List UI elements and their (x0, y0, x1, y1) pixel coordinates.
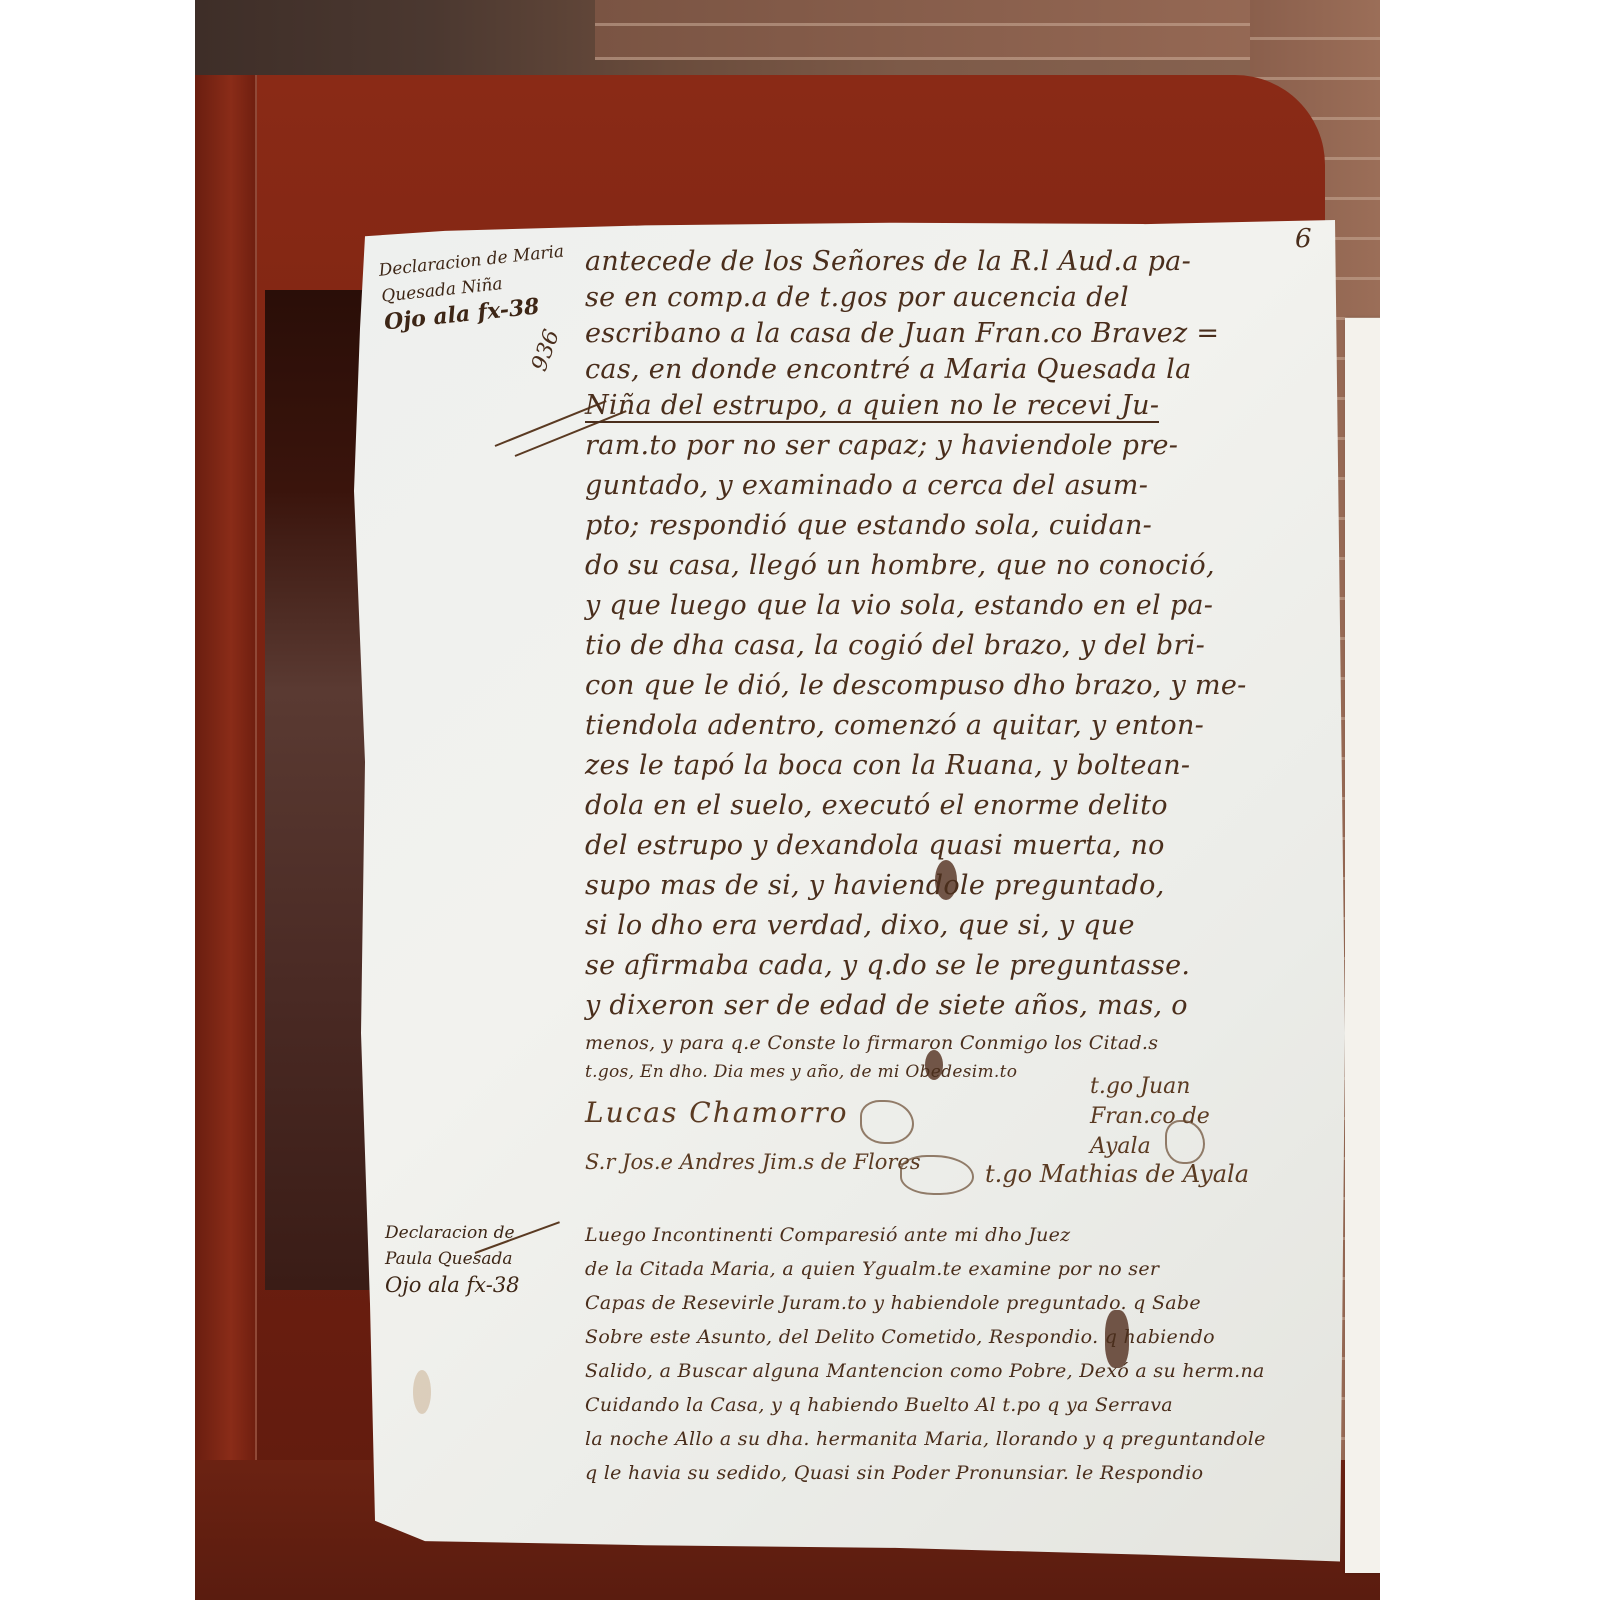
manuscript-page: 6 936 Declaracion de Maria Quesada Niña … (345, 220, 1345, 1575)
margin-note-second: Declaracion de Paula Quesada Ojo ala fx-… (385, 1220, 520, 1298)
body-line: la noche Allo a su dha. hermanita Maria,… (585, 1428, 1266, 1450)
body-line: Capas de Resevirle Juram.to y habiendole… (585, 1292, 1201, 1314)
margin-note-line: Ojo ala fx-38 (385, 1272, 520, 1298)
body-line: y que luego que la vio sola, estando en … (585, 590, 1213, 621)
body-line: Luego Incontinenti Comparesió ante mi dh… (585, 1224, 1071, 1246)
body-line: dola en el suelo, executó el enorme deli… (585, 790, 1168, 821)
water-stain (413, 1370, 431, 1414)
body-line: Cuidando la Casa, y q habiendo Buelto Al… (585, 1394, 1173, 1416)
rubric-flourish (860, 1100, 914, 1144)
body-line: do su casa, llegó un hombre, que no cono… (585, 550, 1215, 581)
body-line: Salido, a Buscar alguna Mantencion como … (585, 1360, 1265, 1382)
body-line: con que le dió, le descompuso dho brazo,… (585, 670, 1247, 701)
body-line: de la Citada Maria, a quien Ygualm.te ex… (585, 1258, 1159, 1280)
folio-number: 6 (1295, 224, 1312, 254)
body-line: Niña del estrupo, a quien no le recevi J… (585, 390, 1159, 423)
margin-note-first: Declaracion de Maria Quesada Niña Ojo al… (377, 238, 570, 335)
signature-mathias-ayala: t.go Mathias de Ayala (985, 1160, 1249, 1188)
body-line: si lo dho era verdad, dixo, que si, y qu… (585, 910, 1135, 941)
closing-line: menos, y para q.e Conste lo firmaron Con… (585, 1032, 1158, 1054)
body-line: tiendola adentro, comenzó a quitar, y en… (585, 710, 1204, 741)
body-line: antecede de los Señores de la R.l Aud.a … (585, 246, 1191, 277)
side-folio-number: 936 (527, 326, 565, 374)
rubric-flourish (1165, 1120, 1205, 1164)
body-line: pto; respondió que estando sola, cuidan- (585, 510, 1152, 541)
underlying-sheet (1345, 318, 1380, 1573)
body-line: del estrupo y dexandola quasi muerta, no (585, 830, 1165, 861)
signature-jose-andres-jimenez: S.r Jos.e Andres Jim.s de Flores (585, 1150, 921, 1174)
body-line: ram.to por no ser capaz; y haviendole pr… (585, 430, 1178, 461)
document-photo: 6 936 Declaracion de Maria Quesada Niña … (195, 0, 1380, 1600)
body-line: q le havia su sedido, Quasi sin Poder Pr… (585, 1462, 1203, 1484)
margin-note-line: Paula Quesada (385, 1246, 520, 1272)
body-line: escribano a la casa de Juan Fran.co Brav… (585, 318, 1219, 349)
body-line: tio de dha casa, la cogió del brazo, y d… (585, 630, 1205, 661)
rubric-flourish (900, 1155, 974, 1195)
body-line: zes le tapó la boca con la Ruana, y bolt… (585, 750, 1190, 781)
body-line: se afirmaba cada, y q.do se le preguntas… (585, 950, 1190, 981)
body-line: Sobre este Asunto, del Delito Cometido, … (585, 1326, 1215, 1348)
body-line: cas, en donde encontré a Maria Quesada l… (585, 354, 1192, 385)
closing-line: t.gos, En dho. Dia mes y año, de mi Obed… (585, 1062, 1017, 1082)
body-line: y dixeron ser de edad de siete años, mas… (585, 990, 1188, 1021)
body-line: se en comp.a de t.gos por aucencia del (585, 282, 1129, 313)
signature-lucas-chamorro: Lucas Chamorro (585, 1096, 848, 1129)
chair-post (195, 75, 257, 1600)
body-line: guntado, y examinado a cerca del asum- (585, 470, 1148, 501)
body-line: supo mas de si, y haviendole preguntado, (585, 870, 1165, 901)
